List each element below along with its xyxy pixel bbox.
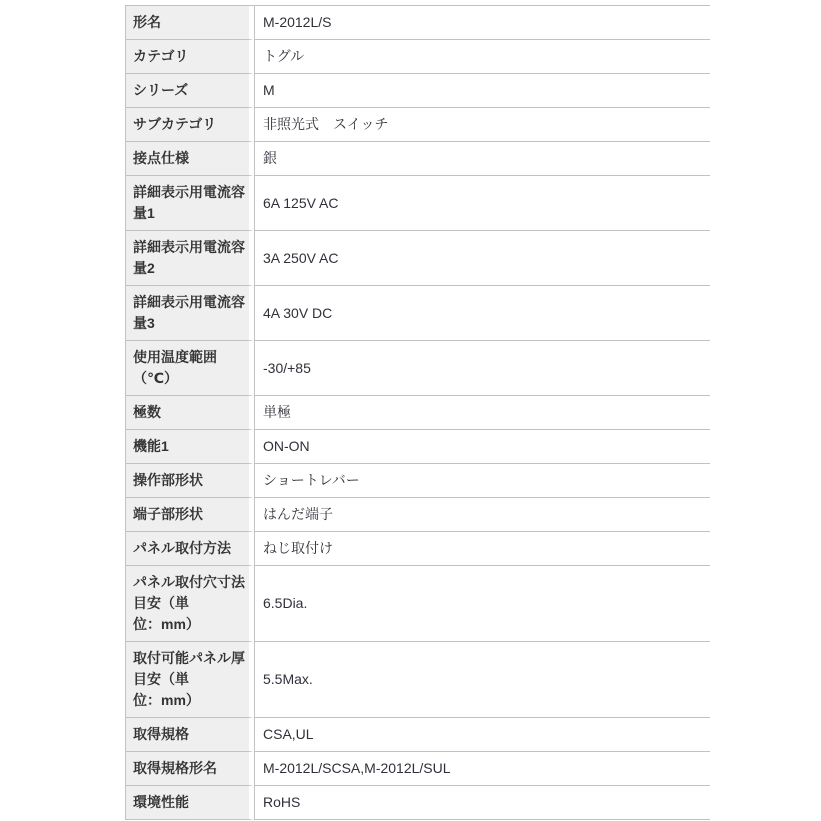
spec-value: 銀 — [254, 142, 710, 176]
spec-label: 形名 — [125, 6, 254, 40]
spec-label: 極数 — [125, 396, 254, 430]
spec-row: 詳細表示用電流容 量2 3A 250V AC — [125, 231, 710, 286]
spec-value: M-2012L/S — [254, 6, 710, 40]
spec-label: パネル取付穴寸法 目安（単 位：mm） — [125, 566, 254, 642]
spec-row: パネル取付穴寸法 目安（単 位：mm） 6.5Dia. — [125, 566, 710, 642]
spec-row: 環境性能 RoHS — [125, 786, 710, 820]
spec-row: 詳細表示用電流容 量1 6A 125V AC — [125, 176, 710, 231]
spec-label: シリーズ — [125, 74, 254, 108]
spec-row: カテゴリ トグル — [125, 40, 710, 74]
spec-label: カテゴリ — [125, 40, 254, 74]
spec-value: はんだ端子 — [254, 498, 710, 532]
spec-value: ショートレバー — [254, 464, 710, 498]
spec-table-body: 形名 M-2012L/S カテゴリ トグル シリーズ M サブカテゴリ 非照光式… — [125, 6, 710, 820]
spec-value: M-2012L/SCSA,M-2012L/SUL — [254, 752, 710, 786]
spec-row: 接点仕様 銀 — [125, 142, 710, 176]
spec-label: 操作部形状 — [125, 464, 254, 498]
spec-label: サブカテゴリ — [125, 108, 254, 142]
spec-value: -30/+85 — [254, 341, 710, 396]
spec-value: ON-ON — [254, 430, 710, 464]
spec-value: 4A 30V DC — [254, 286, 710, 341]
spec-label: 取付可能パネル厚 目安（単 位：mm） — [125, 642, 254, 718]
spec-label: 環境性能 — [125, 786, 254, 820]
spec-value: CSA,UL — [254, 718, 710, 752]
spec-row: 使用温度範囲 （℃） -30/+85 — [125, 341, 710, 396]
spec-label: 詳細表示用電流容 量1 — [125, 176, 254, 231]
spec-row: 機能1 ON-ON — [125, 430, 710, 464]
spec-row: 詳細表示用電流容 量3 4A 30V DC — [125, 286, 710, 341]
spec-value: RoHS — [254, 786, 710, 820]
spec-value: 5.5Max. — [254, 642, 710, 718]
spec-value: M — [254, 74, 710, 108]
spec-label: 取得規格形名 — [125, 752, 254, 786]
spec-value: 6.5Dia. — [254, 566, 710, 642]
spec-label: 端子部形状 — [125, 498, 254, 532]
spec-row: 取得規格 CSA,UL — [125, 718, 710, 752]
spec-label: 使用温度範囲 （℃） — [125, 341, 254, 396]
spec-row: 取付可能パネル厚 目安（単 位：mm） 5.5Max. — [125, 642, 710, 718]
spec-value: 3A 250V AC — [254, 231, 710, 286]
spec-label: 詳細表示用電流容 量3 — [125, 286, 254, 341]
spec-value: 非照光式 スイッチ — [254, 108, 710, 142]
spec-value: トグル — [254, 40, 710, 74]
spec-row: パネル取付方法 ねじ取付け — [125, 532, 710, 566]
spec-label: 詳細表示用電流容 量2 — [125, 231, 254, 286]
spec-row: 操作部形状 ショートレバー — [125, 464, 710, 498]
spec-label: 機能1 — [125, 430, 254, 464]
spec-value: ねじ取付け — [254, 532, 710, 566]
spec-row: 形名 M-2012L/S — [125, 6, 710, 40]
spec-label: 接点仕様 — [125, 142, 254, 176]
spec-label: 取得規格 — [125, 718, 254, 752]
spec-row: サブカテゴリ 非照光式 スイッチ — [125, 108, 710, 142]
spec-value: 単極 — [254, 396, 710, 430]
spec-row: 取得規格形名 M-2012L/SCSA,M-2012L/SUL — [125, 752, 710, 786]
spec-row: シリーズ M — [125, 74, 710, 108]
spec-row: 極数 単極 — [125, 396, 710, 430]
spec-row: 端子部形状 はんだ端子 — [125, 498, 710, 532]
spec-value: 6A 125V AC — [254, 176, 710, 231]
spec-label: パネル取付方法 — [125, 532, 254, 566]
spec-table: 形名 M-2012L/S カテゴリ トグル シリーズ M サブカテゴリ 非照光式… — [125, 5, 710, 820]
